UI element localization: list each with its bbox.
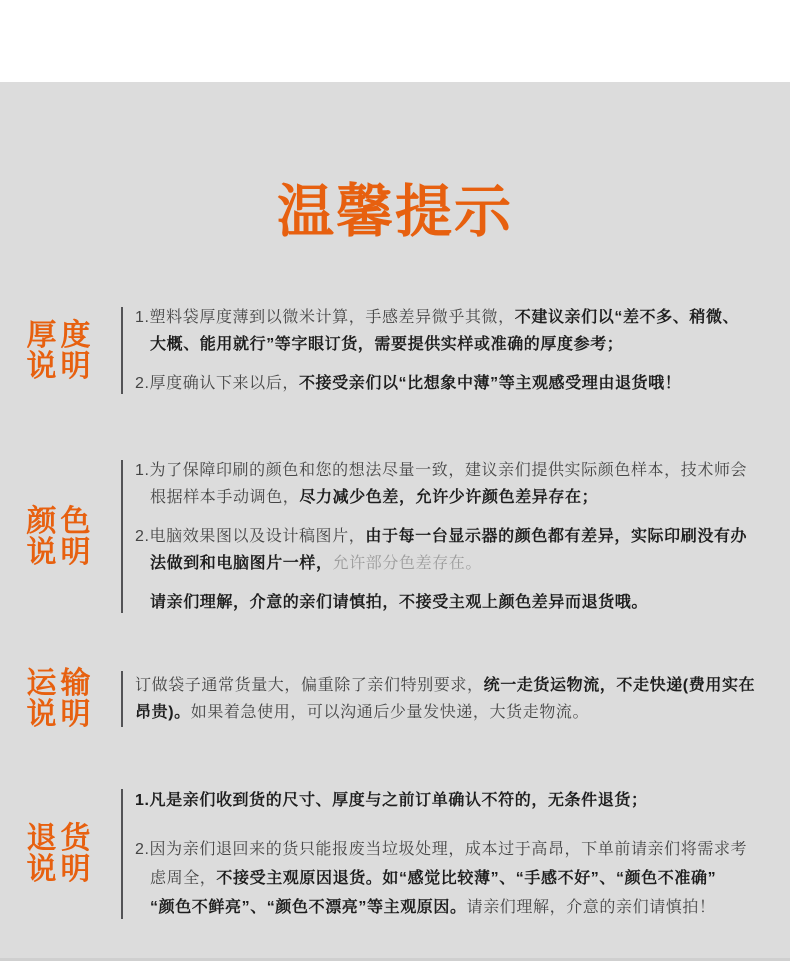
text-run-bold: 尽力减少色差，允许少许颜色差异存在； <box>299 489 598 506</box>
text-run-regular: 1.塑料袋厚度薄到以微米计算，手感差异微乎其微， <box>135 309 515 326</box>
section-label: 厚度说明 <box>27 320 95 382</box>
notice-line: 请亲们理解，介意的亲们请慎拍，不接受主观上颜色差异而退货哦。 <box>135 589 774 616</box>
notice-line: 根据样本手动调色，尽力减少色差，允许少许颜色差异存在； <box>135 484 774 511</box>
text-run-regular: 2.厚度确认下来以后， <box>135 375 299 392</box>
section-label-line: 说明 <box>27 854 95 885</box>
notice-line: 2.厚度确认下来以后，不接受亲们以“比想象中薄”等主观感受理由退货哦！ <box>135 370 774 397</box>
notice-line: 1.凡是亲们收到货的尺寸、厚度与之前订单确认不符的，无条件退货； <box>135 786 774 815</box>
notice-line: 2.因为亲们退回来的货只能报废当垃圾处理，成本过于高昂，下单前请亲们将需求考 <box>135 835 774 864</box>
warm-tips-page: 温馨提示 厚度说明 1.塑料袋厚度薄到以微米计算，手感差异微乎其微，不建议亲们以… <box>0 0 790 961</box>
text-run-bold: 大概、能用就行”等字眼订货，需要提供实样或准确的厚度参考； <box>150 336 623 353</box>
notice-item: 1.凡是亲们收到货的尺寸、厚度与之前订单确认不符的，无条件退货； <box>135 786 774 815</box>
section-label-line: 说明 <box>27 699 95 730</box>
text-run-bold: 不建议亲们以“差不多、稍微、 <box>515 309 739 326</box>
section-label-column: 运输说明 <box>0 668 121 730</box>
notice-section-returns: 退货说明 1.凡是亲们收到货的尺寸、厚度与之前订单确认不符的，无条件退货；2.因… <box>0 786 790 922</box>
notice-item: 2.电脑效果图以及设计稿图片，由于每一台显示器的颜色都有差异，实际印刷没有办法做… <box>135 523 774 577</box>
notice-section-thickness: 厚度说明 1.塑料袋厚度薄到以微米计算，手感差异微乎其微，不建议亲们以“差不多、… <box>0 304 790 397</box>
section-content: 1.凡是亲们收到货的尺寸、厚度与之前订单确认不符的，无条件退货；2.因为亲们退回… <box>123 786 790 922</box>
notice-section-color: 颜色说明 1.为了保障印刷的颜色和您的想法尽量一致，建议亲们提供实际颜色样本，技… <box>0 457 790 616</box>
text-run-bold: 不接受亲们以“比想象中薄”等主观感受理由退货哦！ <box>299 375 681 392</box>
text-run-regular: 请亲们理解，介意的亲们请慎拍！ <box>467 899 716 916</box>
text-run-regular: 虑周全， <box>150 870 216 887</box>
section-label-line: 退货 <box>27 823 95 854</box>
section-label-column: 厚度说明 <box>0 304 121 397</box>
section-label: 颜色说明 <box>27 506 95 568</box>
section-label-column: 退货说明 <box>0 786 121 922</box>
section-label-line: 说明 <box>27 351 95 382</box>
notice-line: 虑周全，不接受主观原因退货。如“感觉比较薄”、“手感不好”、“颜色不准确” <box>135 864 774 893</box>
text-run-bold: 昂贵)。 <box>135 704 191 721</box>
section-content: 1.为了保障印刷的颜色和您的想法尽量一致，建议亲们提供实际颜色样本，技术师会根据… <box>123 457 790 616</box>
section-label-line: 颜色 <box>27 506 95 537</box>
section-label-line: 说明 <box>27 537 95 568</box>
notice-item: 1.塑料袋厚度薄到以微米计算，手感差异微乎其微，不建议亲们以“差不多、稍微、大概… <box>135 304 774 358</box>
text-run-bold: “颜色不鲜亮”、“颜色不漂亮”等主观原因。 <box>150 899 467 916</box>
notice-item: 2.因为亲们退回来的货只能报废当垃圾处理，成本过于高昂，下单前请亲们将需求考虑周… <box>135 835 774 922</box>
text-run-regular: 1.为了保障印刷的颜色和您的想法尽量一致，建议亲们提供实际颜色样本，技术师会 <box>135 462 747 479</box>
text-run-regular: 如果着急使用，可以沟通后少量发快递，大货走物流。 <box>191 704 589 721</box>
section-content: 1.塑料袋厚度薄到以微米计算，手感差异微乎其微，不建议亲们以“差不多、稍微、大概… <box>123 304 790 397</box>
notice-line: 1.塑料袋厚度薄到以微米计算，手感差异微乎其微，不建议亲们以“差不多、稍微、 <box>135 304 774 331</box>
page-title: 温馨提示 <box>0 82 790 248</box>
section-label: 退货说明 <box>27 823 95 885</box>
notice-item: 请亲们理解，介意的亲们请慎拍，不接受主观上颜色差异而退货哦。 <box>135 589 774 616</box>
section-label: 运输说明 <box>27 668 95 730</box>
notice-line: “颜色不鲜亮”、“颜色不漂亮”等主观原因。请亲们理解，介意的亲们请慎拍！ <box>135 893 774 922</box>
notice-line: 昂贵)。如果着急使用，可以沟通后少量发快递，大货走物流。 <box>135 699 774 726</box>
text-run-regular: 订做袋子通常货量大，偏重除了亲们特别要求， <box>135 677 484 694</box>
text-run-bold: 统一走货运物流，不走快递(费用实在 <box>484 677 756 694</box>
text-run-regular: 2.电脑效果图以及设计稿图片， <box>135 528 365 545</box>
notice-line: 订做袋子通常货量大，偏重除了亲们特别要求，统一走货运物流，不走快递(费用实在 <box>135 672 774 699</box>
section-label-line: 厚度 <box>27 320 95 351</box>
text-run-bold: 请亲们理解，介意的亲们请慎拍，不接受主观上颜色差异而退货哦。 <box>150 594 648 611</box>
notice-item: 1.为了保障印刷的颜色和您的想法尽量一致，建议亲们提供实际颜色样本，技术师会根据… <box>135 457 774 511</box>
text-run-bold: 1.凡是亲们收到货的尺寸、厚度与之前订单确认不符的，无条件退货； <box>135 792 648 809</box>
section-label-line: 运输 <box>27 668 95 699</box>
section-content: 订做袋子通常货量大，偏重除了亲们特别要求，统一走货运物流，不走快递(费用实在昂贵… <box>123 668 790 730</box>
text-run-regular: 根据样本手动调色， <box>150 489 299 506</box>
top-white-band <box>0 0 790 82</box>
notice-line: 大概、能用就行”等字眼订货，需要提供实样或准确的厚度参考； <box>135 331 774 358</box>
notice-line: 1.为了保障印刷的颜色和您的想法尽量一致，建议亲们提供实际颜色样本，技术师会 <box>135 457 774 484</box>
section-label-column: 颜色说明 <box>0 457 121 616</box>
text-run-bold: 法做到和电脑图片一样， <box>150 555 333 572</box>
notice-line: 法做到和电脑图片一样，允许部分色差存在。 <box>135 550 774 577</box>
notice-section-shipping: 运输说明 订做袋子通常货量大，偏重除了亲们特别要求，统一走货运物流，不走快递(费… <box>0 668 790 730</box>
tips-sections: 厚度说明 1.塑料袋厚度薄到以微米计算，手感差异微乎其微，不建议亲们以“差不多、… <box>0 304 790 922</box>
text-run-regular: 2.因为亲们退回来的货只能报废当垃圾处理，成本过于高昂，下单前请亲们将需求考 <box>135 841 747 858</box>
notice-item: 2.厚度确认下来以后，不接受亲们以“比想象中薄”等主观感受理由退货哦！ <box>135 370 774 397</box>
text-run-bold: 不接受主观原因退货。如“感觉比较薄”、“手感不好”、“颜色不准确” <box>216 870 716 887</box>
tips-panel: 温馨提示 厚度说明 1.塑料袋厚度薄到以微米计算，手感差异微乎其微，不建议亲们以… <box>0 82 790 961</box>
notice-item: 订做袋子通常货量大，偏重除了亲们特别要求，统一走货运物流，不走快递(费用实在昂贵… <box>135 672 774 726</box>
notice-line: 2.电脑效果图以及设计稿图片，由于每一台显示器的颜色都有差异，实际印刷没有办 <box>135 523 774 550</box>
text-run-light: 允许部分色差存在。 <box>333 555 482 572</box>
text-run-bold: 由于每一台显示器的颜色都有差异，实际印刷没有办 <box>365 528 747 545</box>
